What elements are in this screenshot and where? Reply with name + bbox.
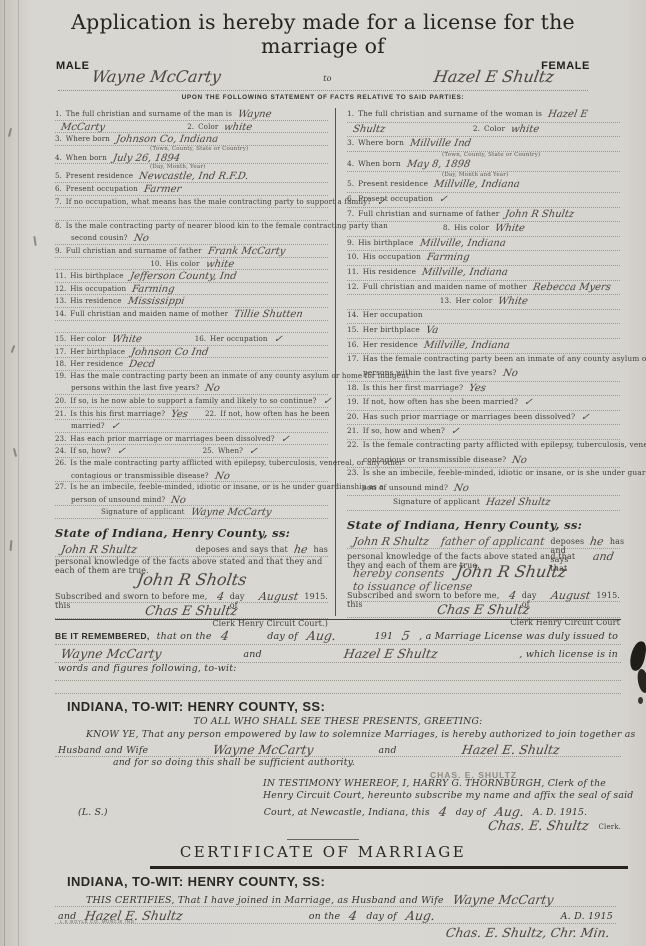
handwritten-entry: Aug. [306,628,337,643]
form-line [55,681,621,694]
male-applicant-column: 1.The full christian and surname of the … [55,108,336,616]
handwritten-entry: Tillie Shutten [233,309,303,320]
form-line: son of unsound mind?No [347,482,620,497]
form-line: 17.Has the female contracting party been… [347,354,620,368]
form-line: 6.Present occupation✓ [347,193,620,208]
form-line: 27.Is he an imbecile, feeble-minded, idi… [55,482,328,494]
printed-text: His residence [363,267,416,276]
handwritten-entry: Johnson Co, Indiana [115,134,219,145]
form-line: BE IT REMEMBERED,that on the4day ofAug.1… [55,627,621,645]
certificate-section-lines: THIS CERTIFIES, That I have joined in Ma… [55,891,616,939]
form-line: 26.Is the male contracting party afflict… [55,458,328,470]
item-number: 26. [55,458,66,467]
item-number: 10. [347,252,359,261]
handwritten-entry: 4 [508,589,517,602]
form-line: 22.Is the female contracting party affli… [347,440,620,454]
printed-text: 1915. [596,591,620,600]
printed-italic-text: and for so doing this shall be sufficien… [113,757,355,768]
item-number: 18. [55,359,66,368]
item-number: 3. [55,134,62,143]
item-number: 4. [347,159,354,168]
handwritten-note: father of applicant [440,535,545,548]
handwritten-entry: Wayne McCarty [451,892,554,907]
handwritten-entry: July 26, 1894 [112,153,181,164]
handwritten-entry: 4 [216,590,225,603]
form-line: THIS CERTIFIES, That I have joined in Ma… [55,891,616,907]
item-number: 12. [347,282,359,291]
item-number: 5. [55,171,62,180]
form-line: 13.His residenceMississippi [55,295,328,308]
form-line: 21.If so, how and when?✓ [347,425,620,440]
printed-italic-text: day of [456,807,486,818]
item-number: 10. [150,259,161,268]
handwritten-entry: No [511,455,528,466]
handwritten-entry: Wayne McCarty [212,742,315,757]
form-line: married?✓ [55,420,328,433]
form-line: 18.Her residenceDecd [55,358,328,371]
form-line: to issuance of license [347,579,620,588]
item-number: 8. [443,223,450,232]
form-title: Application is hereby made for a license… [60,10,586,58]
certificate-of-marriage-section: INDIANA, TO-WIT: HENRY COUNTY, SS: THIS … [0,869,646,939]
item-number: 3. [347,138,354,147]
handwritten-entry: ✓ [116,446,126,457]
form-line: 1.The full christian and surname of the … [347,108,620,123]
handwritten-entry: Yes [468,383,487,394]
printed-text: son of unsound mind? [363,483,448,492]
form-line: and for so doing this shall be sufficien… [55,757,621,770]
item-number: 24. [55,446,66,455]
item-number: 22. [347,440,359,449]
item-number: 23. [347,468,359,477]
printed-text: Her color [70,334,106,343]
handwritten-entry: August [550,589,591,602]
form-line: Signature of applicantHazel Shultz [347,496,620,511]
printed-text: Her birthplace [70,347,125,356]
printed-text: If so, how and when? [363,426,445,435]
form-line: Husband and WifeWayne McCartyandHazel E.… [55,741,621,757]
printed-text: Is this his first marriage? [70,409,165,418]
item-number: 16. [347,340,359,349]
item-number: 21. [55,409,66,418]
form-line: John R Shultzfather of applicantdeposes … [347,534,620,549]
printed-text: Full christian and surname of father [66,246,202,255]
printed-text: Signature of applicant [101,507,185,516]
handwritten-entry: John R Shultz [352,535,430,548]
female-questions-list: 1.The full christian and surname of the … [347,108,620,511]
license-section-lines: TO ALL WHO SHALL SEE THESE PRESENTS, GRE… [55,716,621,834]
printed-text: Present residence [358,179,428,188]
handwritten-entry: McCarty [60,122,106,133]
printed-text: His color [166,259,200,268]
affidavit-heading: State of Indiana, Henry County, ss: [347,518,620,534]
printed-text: Her occupation [363,310,423,319]
handwritten-entry: Rebecca Myers [532,282,612,293]
form-line: 5.Present residenceNewcastle, Ind R.F.D. [55,170,328,183]
printed-text: Full christian and maiden name of mother [70,309,228,318]
certificate-title-block: CERTIFICATE OF MARRIAGE [0,839,646,861]
printed-text: When? [218,446,243,455]
item-number: 6. [347,194,354,203]
handwritten-entry: ✓ [322,396,332,407]
item-number: 17. [347,354,359,363]
item-number: 19. [347,397,359,406]
handwritten-entry: ✓ [523,397,533,408]
form-line: 3.Where bornJohnson Co, Indiana [55,133,328,146]
item-number: 8. [55,221,62,230]
printed-text: Present residence [66,171,133,180]
decorative-rule [287,839,359,840]
handwritten-entry: Farmer [143,184,182,195]
form-line: 5.Present residenceMillville, Indiana [347,178,620,193]
handwritten-entry: John R Shultz [60,543,138,556]
printed-text: Present occupation [66,184,138,193]
item-number: 23. [55,434,66,443]
printed-text: If so, is he now able to support a famil… [70,396,316,405]
handwritten-entry: 4 [348,908,358,923]
form-line: 23.Has each prior marriage or marriages … [55,433,328,446]
item-number: 1. [347,109,354,118]
handwritten-entry: Millville Ind [409,138,472,149]
form-line: 11.His birthplaceJefferson County, Ind [55,270,328,283]
form-line: KNOW YE, That any person empowered by la… [55,729,621,742]
form-line: personal knowledge of the facts above st… [55,557,328,569]
printed-text: When born [358,159,401,168]
printed-bold-label: BE IT REMEMBERED, [55,631,150,641]
form-line: 19.If not, how often has she been marrie… [347,396,620,411]
printed-italic-text: Henry Circuit Court, hereunto subscribe … [263,790,633,801]
printed-italic-text: A. D. 1915. [533,807,587,818]
handwritten-entry: Farming [131,284,175,295]
item-number: 7. [55,197,62,206]
form-line: 23.Is she an imbecile, feeble-minded, id… [347,468,620,482]
printed-text: Her residence [363,340,418,349]
female-affidavit-lines: John R Shultzfather of applicantdeposes … [347,534,620,628]
printed-italic-text: IN TESTIMONY WHEREOF, I, HARRY G. THORNB… [263,778,606,789]
item-number: 13. [440,296,452,305]
statement-of-facts-heading: UPON THE FOLLOWING STATEMENT OF FACTS RE… [0,94,646,106]
form-line: Subscribed and sworn to before me, this4… [55,589,328,604]
form-line [55,208,328,221]
certificate-title: CERTIFICATE OF MARRIAGE [0,843,646,861]
item-number: 17. [55,347,66,356]
item-number: 4. [55,153,62,162]
handwritten-entry: Frank McCarty [207,246,286,257]
handwritten-entry: White [494,223,526,234]
handwritten-entry: 4 [438,804,448,819]
form-line: 9.Full christian and surname of fatherFr… [55,245,328,258]
printed-text: Has the female contracting party been an… [363,354,646,363]
item-number: 20. [347,412,359,421]
bride-name-handwritten: Hazel E Shultz [433,67,556,86]
handwritten-entry: Hazel E [547,109,588,120]
item-number: 2. [187,122,194,131]
printed-italic-text: that on the [157,631,212,642]
printed-text: His occupation [363,252,421,261]
item-number: 21. [347,426,359,435]
form-line: TO ALL WHO SHALL SEE THESE PRESENTS, GRE… [55,716,621,729]
handwritten-entry: No [502,368,519,379]
printed-text: When born [66,153,107,162]
printed-text: Has such prior marriage or marriages bee… [363,412,575,421]
handwritten-entry: No [453,483,470,494]
handwritten-entry: Johnson Co Ind [130,347,209,358]
handwritten-entry: ✓ [248,446,258,457]
printed-italic-text: THIS CERTIFIES, That I have joined in Ma… [86,895,444,906]
printed-text: His birthplace [358,238,413,247]
form-line: (L. S.)Court, at Newcastle, Indiana, thi… [55,803,621,818]
handwritten-entry: Aug. [405,908,436,923]
signature: Chas. E. Shultz [487,819,590,834]
item-number: 7. [347,209,354,218]
form-line: 1.The full christian and surname of the … [55,108,328,121]
handwritten-entry: Chas. E. Shultz, Chr. Min. [445,925,611,940]
printed-text: Has each prior marriage or marriages bee… [70,434,274,443]
form-line: Chas. E. ShultzClerk. [55,818,621,834]
printed-text: second cousin? [71,233,128,242]
printed-italic-text: TO ALL WHO SHALL SEE THESE PRESENTS, GRE… [194,716,483,727]
form-line: Shultz2.Colorwhite [347,123,620,138]
handwritten-entry: ✓ [450,426,460,437]
handwritten-entry: John R Shultz [505,209,576,220]
parties-names-line: Wayne McCarty to Hazel E Shultz [58,66,588,91]
printed-text: Clerk Henry Circuit Court [510,618,620,627]
form-line: 20.Has such prior marriage or marriages … [347,411,620,426]
form-line: John R Sholts [55,569,328,589]
printed-text: Full christian and surname of father [358,209,499,218]
printed-text: Present occupation [358,194,433,203]
item-number: 15. [347,325,359,334]
form-line: 9.His birthplaceMillville, Indiana [347,237,620,252]
item-number: 9. [55,246,62,255]
handwritten-entry: Shultz [352,124,386,135]
printed-text: 1915. [304,592,328,601]
handwritten-entry: Yes [170,409,189,420]
handwritten-entry: ✓ [438,194,448,205]
printed-italic-text: and [379,745,397,756]
form-line: contagious or transmissible disease?No [347,454,620,469]
printed-italic-text: KNOW YE, That any person empowered by la… [86,729,636,740]
item-number: 2. [473,124,480,133]
form-line: second cousin?No [55,232,328,245]
printed-italic-text: on the [309,911,341,922]
form-line: CHAS. E. SHULTZ [55,770,621,778]
form-line: personal knowledge of the facts above st… [347,549,620,561]
form-line: 15.Her colorWhite16.Her occupation✓ [55,333,328,346]
handwritten-entry: White [498,296,530,307]
form-line: 14.Full christian and maiden name of mot… [55,308,328,321]
printed-text: His residence [70,296,121,305]
printed-text: Color [198,122,218,131]
male-questions-list: 1.The full christian and surname of the … [55,108,328,519]
form-line: 18.Is this her first marriage?Yes [347,382,620,397]
printed-text: The full christian and surname of the wo… [358,109,542,118]
form-line: Chas. E. Shultz, Chr. Min. [55,924,616,939]
form-line: McCarty2.Colorwhite [55,121,328,134]
printed-italic-text: (L. S.) [78,807,108,818]
signature: Chas E Shultz [436,603,531,618]
form-line: words and figures following, to-wit: [55,663,621,681]
form-line: 12.His occupationFarming [55,283,328,296]
form-line: 14.Her occupation [347,310,620,325]
form-line: 6.Present occupationFarmer [55,183,328,196]
handwritten-entry: No [204,383,221,394]
page-edge-line [18,0,19,946]
form-line: Chas E Shultz [347,602,620,618]
printed-text: The full christian and surname of the ma… [66,109,232,118]
handwritten-entry: Hazel E. Shultz [460,742,560,757]
form-line: John R Shultzdeposes and says thathehas [55,542,328,557]
printed-italic-text: day of [366,911,397,922]
form-line: 10.His occupationFarming [347,251,620,266]
item-number: 15. [55,334,66,343]
handwritten-entry: Wayne McCarty [60,646,163,661]
printed-text: Clerk. [599,823,621,831]
form-line: Chas E Shultz [55,603,328,619]
printed-text: person of unsound mind? [71,495,165,504]
printed-text: Where born [358,138,404,147]
printed-italic-text: A. D. 1915 [561,911,613,922]
handwritten-entry: White [111,334,143,345]
item-number: 11. [347,267,359,276]
item-number: 5. [347,179,354,188]
ink-blot [638,697,643,704]
item-number: 1. [55,109,62,118]
form-line: 12.Full christian and maiden name of mot… [347,281,620,296]
certificate-section-heading: INDIANA, TO-WIT: HENRY COUNTY, SS: [55,874,616,891]
printed-text: Her birthplace [363,325,420,334]
handwritten-entry: Hazel E Shultz [343,646,439,661]
signature: Chas E Shultz [144,604,239,619]
printed-text: If not, how often has she been married? [363,397,518,406]
printed-italic-text: , a Marriage License was duly issued to [419,631,618,642]
form-line: 16.Her residenceMillville, Indiana [347,339,620,354]
groom-name-handwritten: Wayne McCarty [90,67,222,86]
male-label: MALE [56,60,90,72]
marriage-license-application-document: Application is hereby made for a license… [0,0,646,946]
handwritten-entry: white [510,124,540,135]
printed-text: has [314,545,328,554]
handwritten-entry: he [589,535,605,548]
printed-text: persons within the last five years? [363,368,497,377]
form-line: 4.When bornMay 8, 1898 [347,158,620,173]
item-number: 14. [55,309,66,318]
form-line: Henry Circuit Court, hereunto subscribe … [55,790,621,803]
form-line: 13.Her colorWhite [347,295,620,310]
form-line: 10.His colorwhite [55,258,328,271]
handwritten-entry: ✓ [273,334,283,345]
item-number: 22. [205,409,216,418]
form-line: person of unsound mind?No [55,494,328,507]
item-number: 19. [55,371,66,380]
printed-text: Full christian and maiden name of mother [363,282,527,291]
item-number: 9. [347,238,354,247]
printed-text: If no occupation, what means has the mal… [66,197,372,206]
handwritten-entry: Mississippi [127,296,185,307]
handwritten-entry: Millville, Indiana [421,267,508,278]
form-line: 24.If so, how?✓25.When?✓ [55,445,328,458]
handwritten-entry: Va [425,325,439,336]
female-applicant-column: 1.The full christian and surname of the … [336,108,620,616]
printed-italic-text: 191 [374,631,393,642]
form-line: Signature of applicantWayne McCarty [55,506,328,519]
form-line: hereby consentsJohn R Shultz [347,561,620,579]
handwritten-entry: Aug. [494,804,525,819]
printed-text: Is the female contracting party afflicte… [363,440,646,449]
handwritten-entry: 4 [220,628,230,643]
printed-text: Is she an imbecile, feeble-minded, idiot… [363,468,646,477]
handwritten-entry: No [133,233,150,244]
printed-text: Her residence [70,359,123,368]
form-line: IN TESTIMONY WHEREOF, I, HARRY G. THORNB… [55,778,621,791]
printed-text: deposes and says that [195,545,287,554]
printed-text: His color [454,223,489,232]
printed-italic-text: and [243,649,261,660]
handwritten-entry: 5 [401,628,411,643]
license-issued-record-section: BE IT REMEMBERED,that on the4day ofAug.1… [0,620,646,694]
handwritten-entry: Millville, Indiana [419,238,506,249]
form-line: 15.Her birthplaceVa [347,324,620,339]
form-line: 7.Full christian and surname of fatherJo… [347,208,620,223]
form-line: 8.Is the male contracting party of neare… [55,221,328,233]
printed-text: married? [71,421,105,430]
printed-text: His birthplace [70,271,123,280]
handwritten-entry: he [293,543,309,556]
male-affidavit-section: State of Indiana, Henry County, ss: John… [55,526,328,629]
form-line: 3.Where bornMillville Ind [347,137,620,152]
printed-text: contagious or transmissible disease? [363,455,506,464]
handwritten-entry: Hazel Shultz [485,497,551,508]
form-line: 4.When bornJuly 26, 1894 [55,152,328,165]
form-line: persons within the last five years?No [347,367,620,382]
printed-text: Where born [66,134,110,143]
printed-text: Her color [455,296,492,305]
handwritten-entry: Jefferson County, Ind [129,271,237,282]
handwritten-entry: May 8, 1898 [406,159,471,170]
item-number: 13. [55,296,66,305]
handwritten-entry: Newcastle, Ind R.F.D. [138,171,249,182]
handwritten-entry: ✓ [110,421,120,432]
printed-text: has [610,537,624,546]
question-columns: 1.The full christian and surname of the … [0,106,646,616]
form-line: 7.If no occupation, what means has the m… [55,196,328,209]
license-section-heading: INDIANA, TO-WIT: HENRY COUNTY, SS: [55,699,621,716]
handwritten-entry: ✓ [580,412,590,423]
printed-text: If so, how? [70,446,110,455]
printed-text: His occupation [70,284,126,293]
form-line: 19.Has the male contracting party been a… [55,371,328,383]
item-number: 18. [347,383,359,392]
female-affidavit-section: State of Indiana, Henry County, ss: John… [347,518,620,628]
page-edge-line [4,0,5,946]
marriage-license-section: INDIANA, TO-WIT: HENRY COUNTY, SS: TO AL… [0,694,646,834]
printed-italic-text: , which license is in [519,649,618,660]
handwritten-entry: Farming [426,252,470,263]
handwritten-entry: Wayne [237,109,272,120]
form-line: Subscribed and sworn to before me, this4… [347,588,620,603]
printed-text: Is this her first marriage? [363,383,463,392]
form-line: 20.If so, is he now able to support a fa… [55,395,328,408]
printed-text: Her occupation [210,334,268,343]
handwritten-entry: Millville, Indiana [433,179,520,190]
printed-italic-text: words and figures following, to-wit: [58,663,237,674]
handwritten-entry: August [258,590,299,603]
handwritten-entry: white [205,259,235,270]
signature: John R Sholts [135,570,248,589]
form-line: Wayne McCartyandHazel E Shultz, which li… [55,645,621,663]
item-number: 6. [55,184,62,193]
item-number: 20. [55,396,66,405]
